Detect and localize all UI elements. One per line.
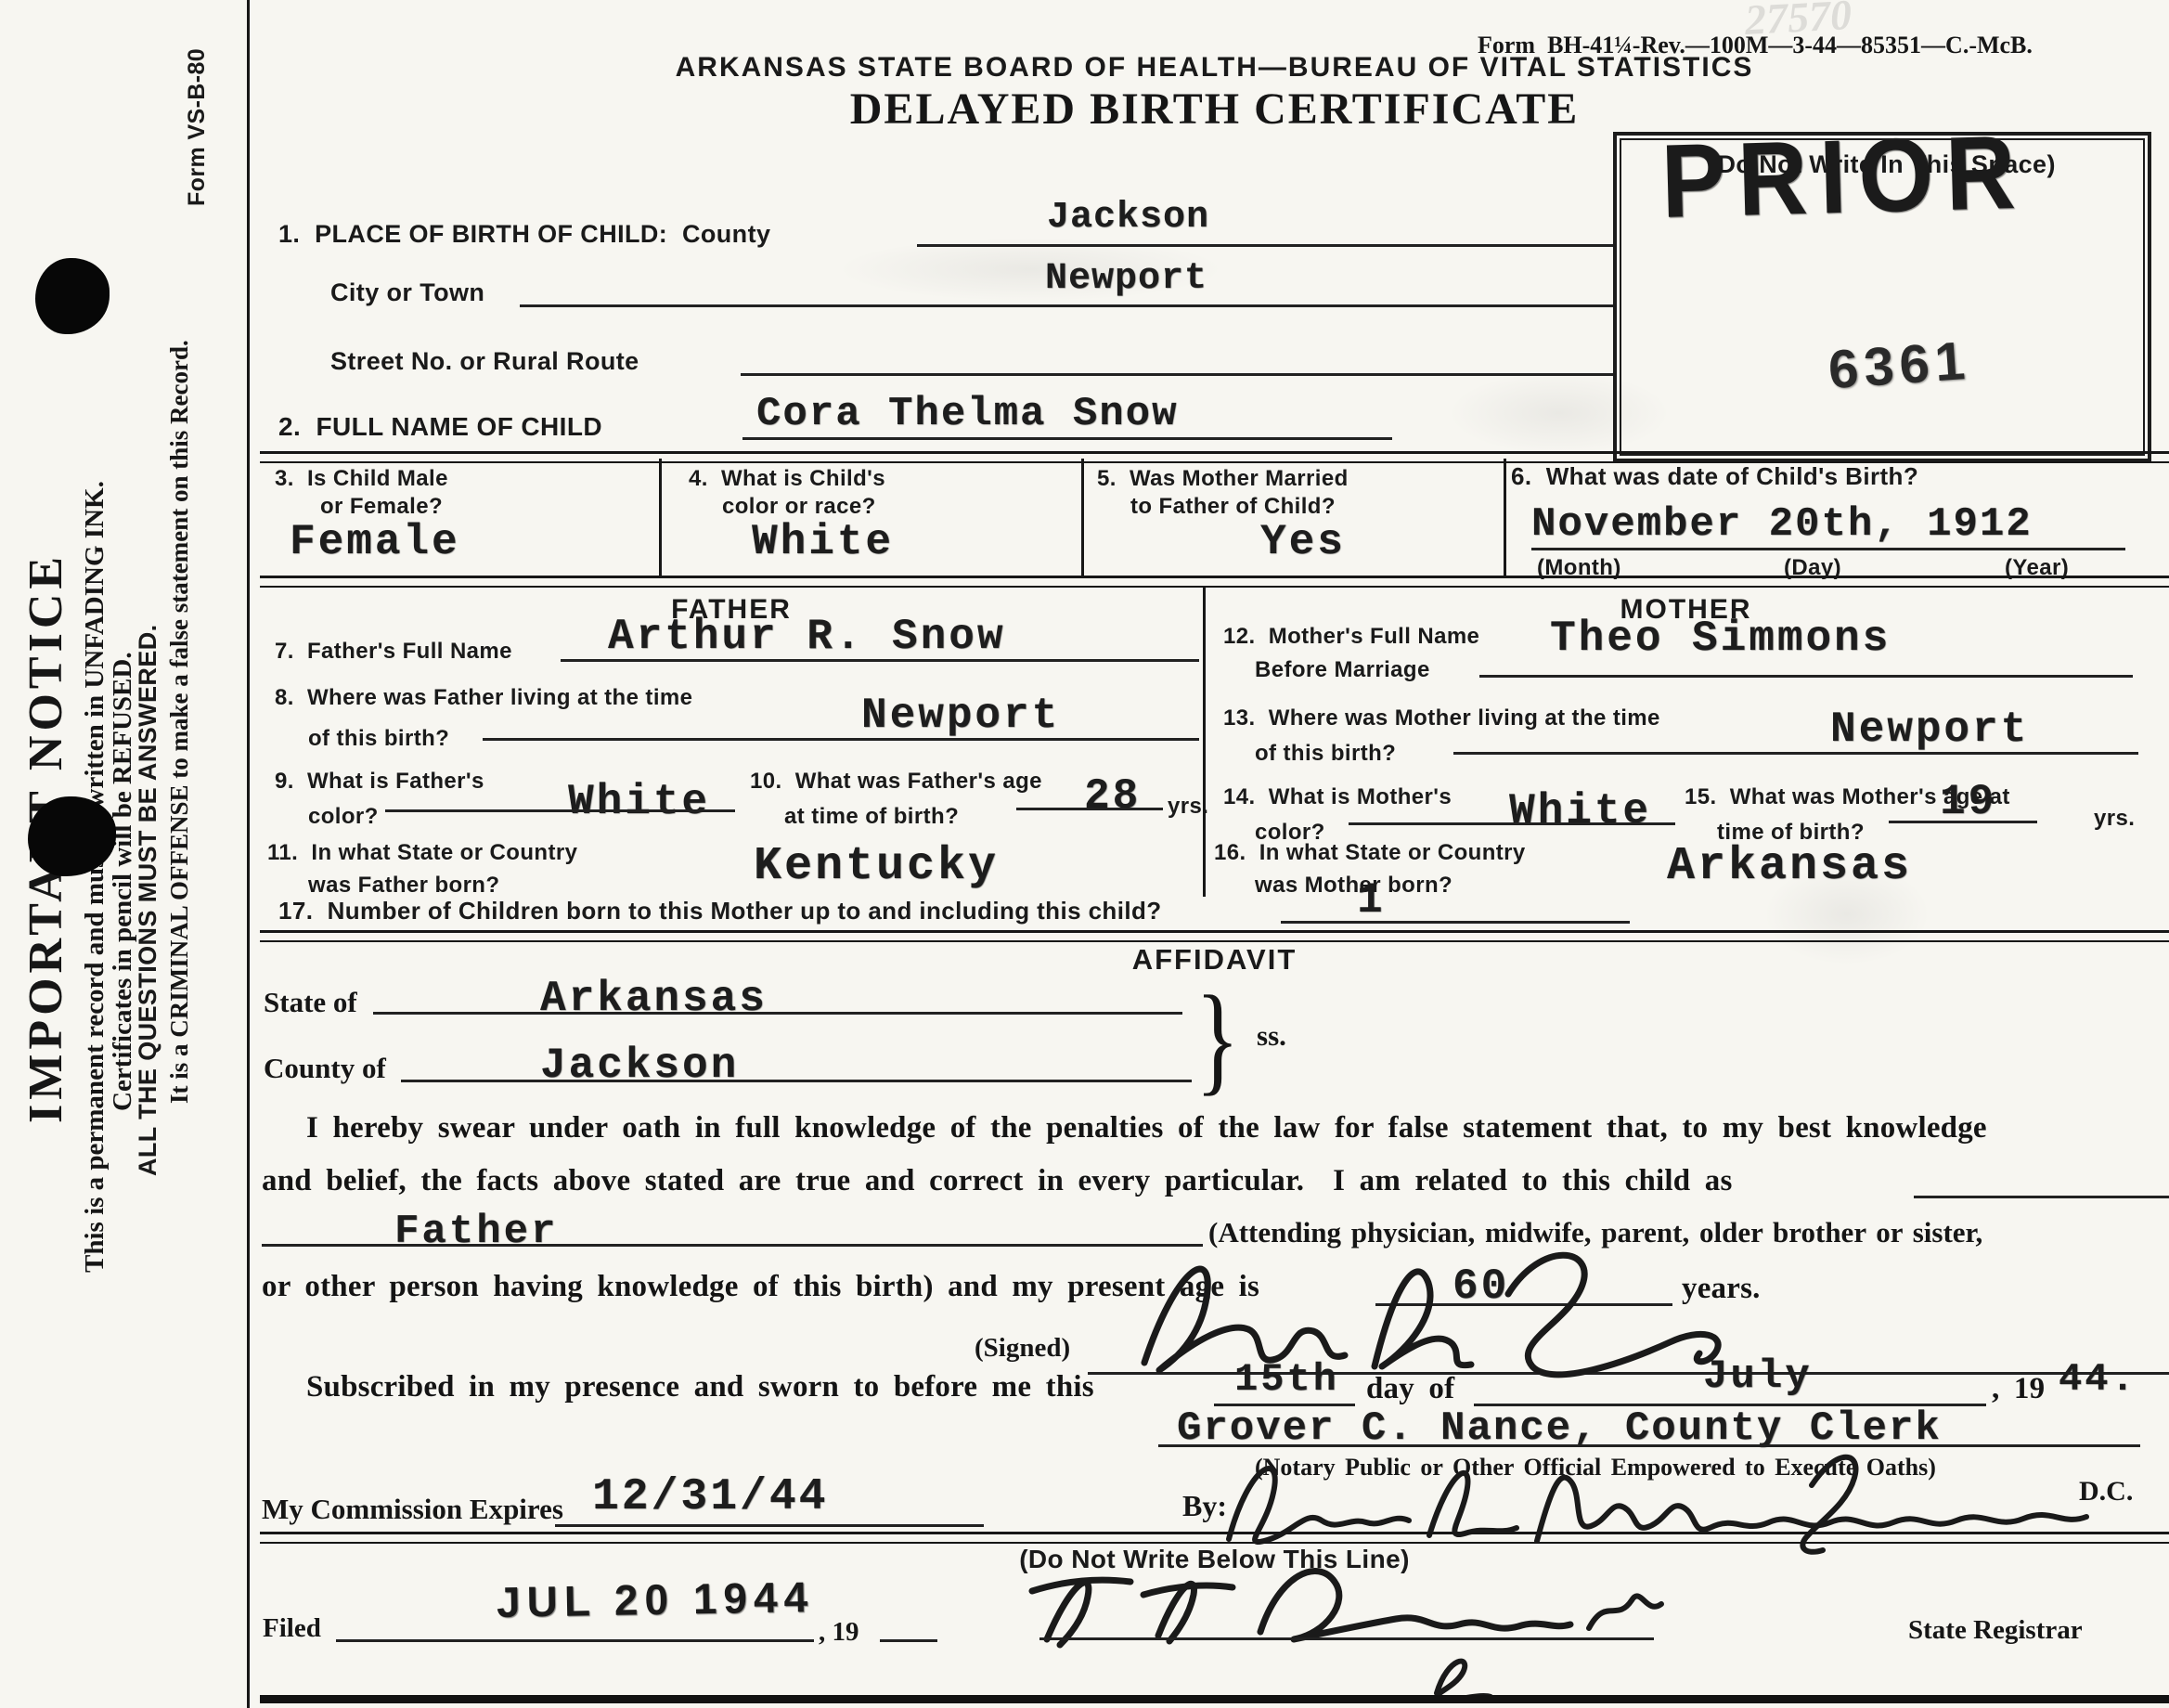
q16-value: Arkansas — [1667, 840, 1912, 893]
q11-label: 11. In what State or Country — [267, 840, 577, 866]
q14-label: 14. What is Mother's — [1223, 784, 1452, 810]
q12-value: Theo Simmons — [1550, 615, 1891, 663]
underline — [336, 1639, 814, 1642]
q5-value: Yes — [1260, 518, 1346, 566]
commission-value: 12/31/44 — [592, 1472, 828, 1522]
underline — [742, 437, 1392, 440]
signed-label: (Signed) — [975, 1333, 1070, 1364]
q8-label-2: of this birth? — [308, 726, 449, 752]
underline — [520, 304, 1613, 307]
section-divider — [260, 930, 2169, 942]
affidavit-line-1: I hereby swear under oath in full knowle… — [306, 1111, 1987, 1145]
county-of-value: Jackson — [540, 1042, 739, 1090]
underline — [1039, 1637, 1654, 1640]
q11-label-2: was Father born? — [308, 873, 499, 899]
q13-label-2: of this birth? — [1255, 741, 1396, 767]
ss-brace: } — [1195, 967, 1240, 1109]
board-title: ARKANSAS STATE BOARD OF HEALTH—BUREAU OF… — [260, 52, 2169, 84]
state-of-value: Arkansas — [540, 975, 768, 1023]
state-registrar-signature — [1012, 1543, 1680, 1663]
q9-label-2: color? — [308, 804, 379, 830]
underline — [1016, 808, 1163, 810]
delayed-birth-certificate-scan: Form VS-B-80 IMPORTANT NOTICE This is a … — [0, 0, 2169, 1708]
street-label: Street No. or Rural Route — [330, 347, 639, 376]
q13-value: Newport — [1830, 705, 2029, 754]
q9-label: 9. What is Father's — [275, 769, 484, 795]
q15-value: 19 — [1940, 778, 1996, 826]
underline — [1531, 548, 2125, 550]
child-name-value: Cora Thelma Snow — [756, 391, 1178, 437]
filed-label: Filed — [263, 1613, 321, 1644]
affidavit-line-2: and belief, the facts above stated are t… — [262, 1164, 1733, 1198]
underline — [373, 1012, 1182, 1015]
sidebar-divider-line — [247, 0, 250, 1708]
deputy-suffix: D.C. — [2079, 1476, 2133, 1507]
q6-label: 6. What was date of Child's Birth? — [1511, 462, 1918, 491]
scan-bottom-edge — [260, 1695, 2169, 1703]
underline — [1349, 822, 1675, 825]
q8-label: 8. Where was Father living at the time — [275, 685, 692, 711]
q15-suffix: yrs. — [2094, 806, 2135, 832]
cell-border — [1081, 459, 1084, 577]
q12-label: 12. Mother's Full Name — [1223, 624, 1479, 650]
underline — [262, 1244, 1203, 1247]
q10-suffix: yrs. — [1168, 794, 1208, 820]
cell-border — [1504, 459, 1506, 577]
q4-value: White — [752, 518, 894, 566]
q2-label: 2. FULL NAME OF CHILD — [278, 412, 602, 442]
sidebar-form-code: Form VS-B-80 — [186, 20, 217, 234]
q1-label: 1. PLACE OF BIRTH OF CHILD: County — [278, 220, 770, 249]
cell-border — [659, 459, 662, 577]
q3-value: Female — [290, 518, 460, 566]
q14-value: White — [1509, 787, 1651, 835]
prior-stamp: PRIOR — [1659, 113, 2029, 242]
q1-county-value: Jackson — [1047, 197, 1209, 239]
q11-value: Kentucky — [754, 840, 999, 893]
underline — [555, 1524, 984, 1527]
q13-label: 13. Where was Mother living at the time — [1223, 705, 1660, 731]
sworn-year-value: 44. — [2059, 1357, 2137, 1402]
commission-label: My Commission Expires — [262, 1493, 563, 1526]
state-of-label: State of — [264, 986, 357, 1019]
sidebar-notice-line-3: ALL THE QUESTIONS MUST BE ANSWERED. — [136, 436, 165, 1365]
underline — [483, 738, 1199, 741]
q10-value: 28 — [1084, 772, 1141, 821]
q6-value: November 20th, 1912 — [1531, 501, 2033, 548]
q17-value: 1 — [1357, 876, 1386, 925]
underline — [917, 244, 1613, 247]
year-prefix: , 19 — [1992, 1372, 2045, 1406]
q12-label-2: Before Marriage — [1255, 657, 1430, 683]
q5-label: 5. Was Mother Married — [1097, 466, 1349, 492]
certificate-number-stamp: 6361 — [1827, 330, 1972, 402]
q7-label: 7. Father's Full Name — [275, 639, 512, 665]
q16-label: 16. In what State or Country — [1214, 840, 1526, 866]
column-divider — [1203, 587, 1206, 897]
q10-label-2: at time of birth? — [784, 804, 959, 830]
sidebar-notice-line-4: It is a CRIMINAL OFFENSE to make a false… — [167, 209, 199, 1235]
underline — [561, 659, 1199, 662]
q4-label: 4. What is Child's — [689, 466, 885, 492]
q3-label: 3. Is Child Male — [275, 466, 448, 492]
underline — [741, 373, 1613, 376]
filed-year-prefix: , 19 — [819, 1617, 859, 1648]
underline — [385, 809, 735, 812]
q7-value: Arthur R. Snow — [608, 613, 1005, 661]
day-of-label: day of — [1366, 1372, 1454, 1406]
subscribed-line: Subscribed in my presence and sworn to b… — [306, 1370, 1094, 1404]
county-of-label: County of — [264, 1052, 386, 1085]
affiant-signature — [1128, 1233, 1759, 1391]
stamp-box: (Do Not Write In This Space) PRIOR 6361 — [1613, 132, 2151, 462]
underline — [1281, 921, 1630, 924]
q5-label-2: to Father of Child? — [1130, 494, 1336, 520]
underline — [880, 1639, 937, 1642]
q8-value: Newport — [861, 692, 1060, 740]
state-registrar-label: State Registrar — [1908, 1615, 2083, 1646]
underline — [1914, 1196, 2169, 1198]
underline — [401, 1080, 1192, 1082]
q17-label: 17. Number of Children born to this Moth… — [278, 897, 1162, 925]
sworn-month-value: July — [1703, 1353, 1813, 1400]
city-value: Newport — [1045, 258, 1207, 300]
q4-label-2: color or race? — [722, 494, 876, 520]
section-divider — [260, 576, 2169, 588]
q16-label-2: was Mother born? — [1255, 873, 1452, 899]
relation-value: Father — [394, 1209, 558, 1255]
underline — [1479, 675, 2133, 678]
q3-label-2: or Female? — [320, 494, 443, 520]
affidavit-line-4: or other person having knowledge of this… — [262, 1270, 1259, 1304]
q10-label: 10. What was Father's age — [750, 769, 1042, 795]
city-label: City or Town — [330, 278, 484, 307]
q9-value: White — [568, 778, 710, 826]
underline — [1889, 821, 2037, 823]
underline — [1453, 752, 2138, 755]
filed-date-stamp: JUL 20 1944 — [497, 1572, 815, 1627]
sworn-day-value: 15th — [1234, 1357, 1339, 1402]
ss-label: ss. — [1257, 1019, 1286, 1053]
